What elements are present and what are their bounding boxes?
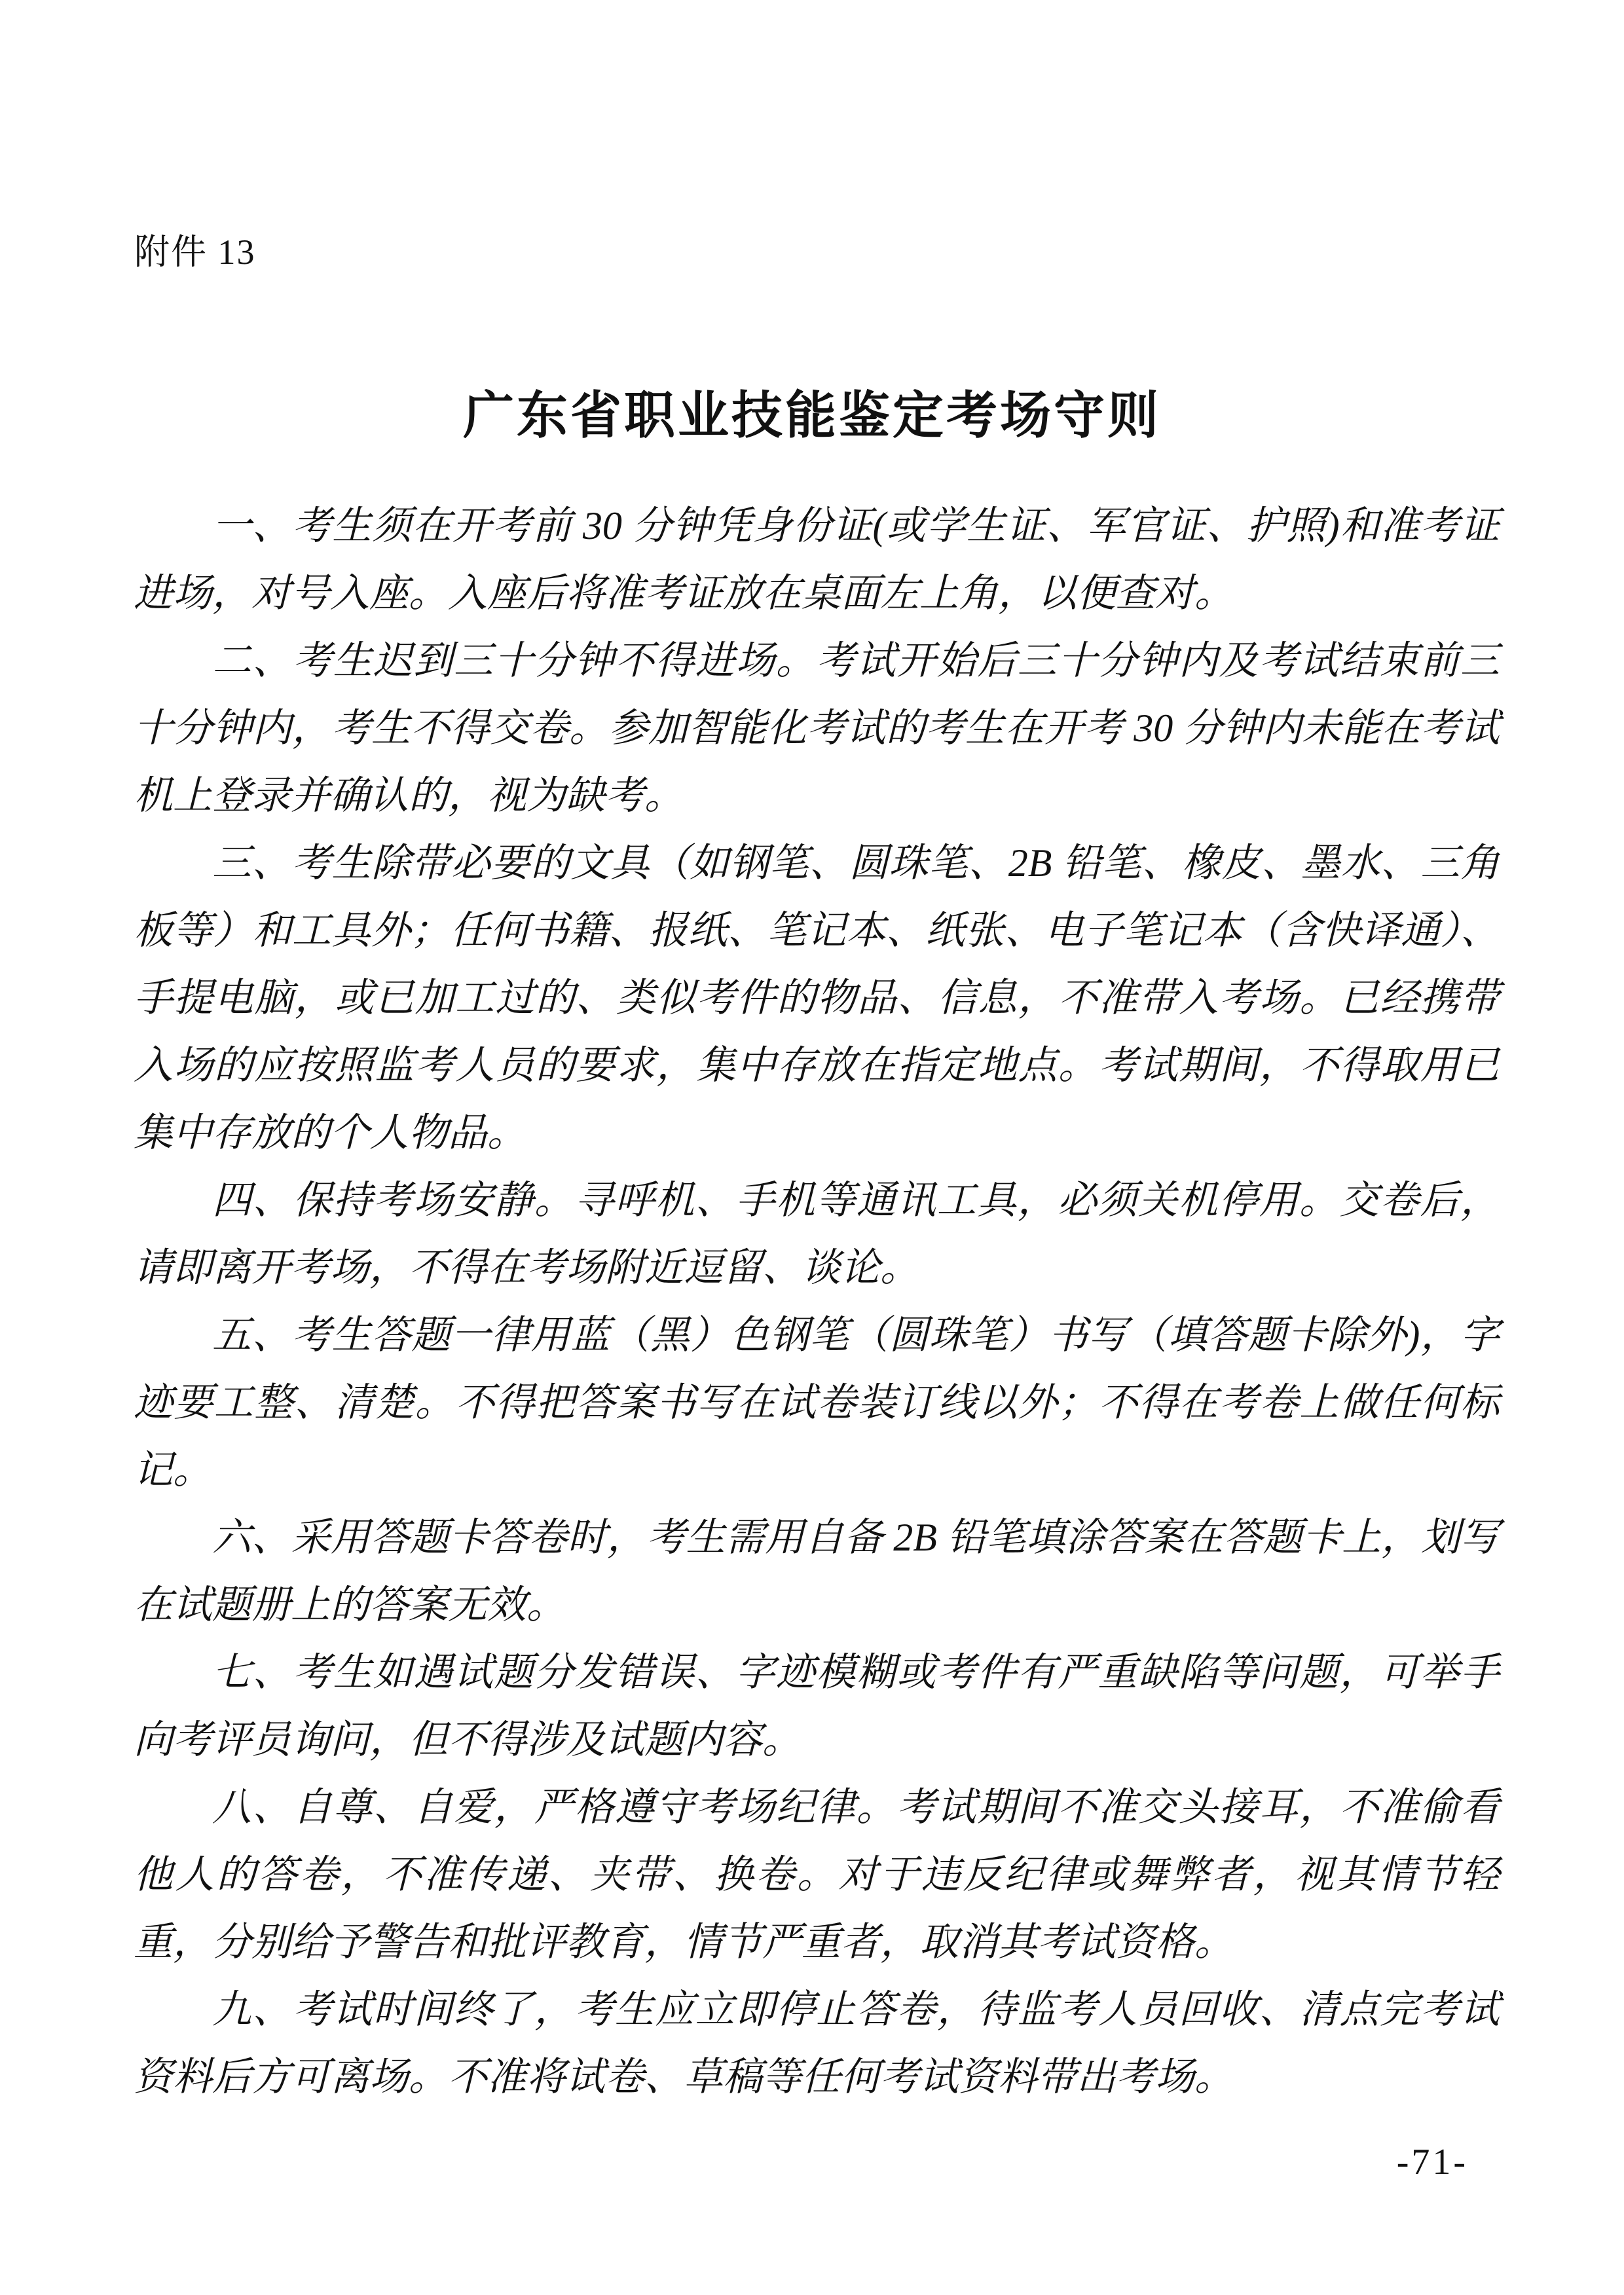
attachment-label: 附件 13 bbox=[134, 224, 256, 280]
rule-paragraph-8: 八、自尊、自爱，严格遵守考场纪律。考试期间不准交头接耳，不准偷看他人的答卷，不准… bbox=[134, 1774, 1500, 1976]
rule-paragraph-1: 一、考生须在开考前 30 分钟凭身份证(或学生证、军官证、护照)和准考证进场，对… bbox=[134, 492, 1500, 627]
rule-paragraph-6: 六、采用答题卡答卷时，考生需用自备 2B 铅笔填涂答案在答题卡上，划写在试题册上… bbox=[134, 1504, 1500, 1639]
rules-list: 一、考生须在开考前 30 分钟凭身份证(或学生证、军官证、护照)和准考证进场，对… bbox=[134, 492, 1500, 2111]
rule-paragraph-9: 九、考试时间终了，考生应立即停止答卷，待监考人员回收、清点完考试资料后方可离场。… bbox=[134, 1976, 1500, 2111]
rule-paragraph-4: 四、保持考场安静。寻呼机、手机等通讯工具，必须关机停用。交卷后，请即离开考场，不… bbox=[134, 1167, 1500, 1302]
rule-paragraph-3: 三、考生除带必要的文具（如钢笔、圆珠笔、2B 铅笔、橡皮、墨水、三角板等）和工具… bbox=[134, 830, 1500, 1167]
document-page: 附件 13 广东省职业技能鉴定考场守则 一、考生须在开考前 30 分钟凭身份证(… bbox=[0, 0, 1624, 2295]
page-title: 广东省职业技能鉴定考场守则 bbox=[0, 380, 1624, 452]
rule-paragraph-2: 二、考生迟到三十分钟不得进场。考试开始后三十分钟内及考试结束前三十分钟内，考生不… bbox=[134, 627, 1500, 830]
rule-paragraph-7: 七、考生如遇试题分发错误、字迹模糊或考件有严重缺陷等问题，可举手向考评员询问，但… bbox=[134, 1639, 1500, 1774]
page-number: -71- bbox=[1397, 2142, 1468, 2182]
rule-paragraph-5: 五、考生答题一律用蓝（黑）色钢笔（圆珠笔）书写（填答题卡除外)，字迹要工整、清楚… bbox=[134, 1302, 1500, 1504]
